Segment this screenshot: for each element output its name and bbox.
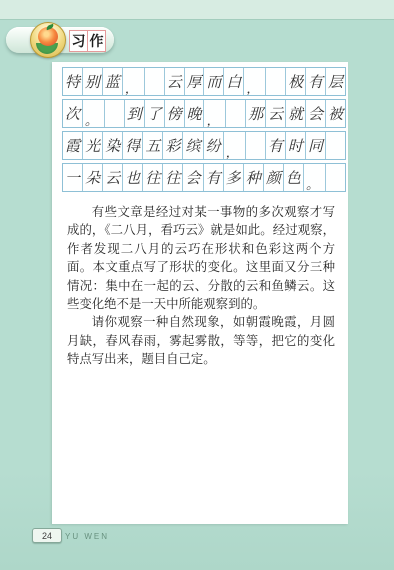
grid-cell: 晚 (185, 100, 205, 127)
grid-cell: 有 (266, 132, 286, 159)
grid-cell: 有 (204, 164, 224, 191)
grid-cell: 时 (286, 132, 306, 159)
grid-cell: 云 (103, 164, 123, 191)
grid-cell: 也 (123, 164, 143, 191)
publisher-logo-icon (30, 22, 66, 58)
grid-cell: 厚 (185, 68, 205, 95)
grid-cell: 种 (244, 164, 264, 191)
essay-paragraph: 请你观察一种自然现象，如朝霞晚霞，月圆月缺，春风春雨，雾起雾散，等等，把它的变化… (67, 313, 335, 368)
grid-cell: 蓝 (103, 68, 123, 95)
grid-cell: 一 (63, 164, 83, 191)
grid-cell: ， (204, 100, 226, 127)
grid-cell: 傍 (165, 100, 185, 127)
section-label-char: 习 (69, 30, 88, 52)
grid-cell: 纷 (204, 132, 224, 159)
grid-cell (145, 68, 165, 95)
grid-cell: 了 (145, 100, 165, 127)
grid-cell: ， (244, 68, 266, 95)
essay-paragraph: 有些文章是经过对某一事物的多次观察才写成的，《二八月，看巧云》就是如此。经过观察… (67, 203, 335, 313)
grid-cell: 多 (224, 164, 244, 191)
grid-cell: 白 (224, 68, 244, 95)
grid-cell: 会 (306, 100, 326, 127)
grid-cell: 朵 (83, 164, 103, 191)
grid-cell: ， (123, 68, 145, 95)
grid-cell: 得 (123, 132, 143, 159)
grid-cell: 会 (183, 164, 203, 191)
grid-cell: 缤 (183, 132, 203, 159)
grid-cell: 次 (63, 100, 83, 127)
grid-cell: 。 (83, 100, 105, 127)
grid-cell (326, 164, 345, 191)
grid-cell: 霞 (63, 132, 83, 159)
grid-cell (266, 68, 286, 95)
section-label-char: 作 (87, 30, 106, 52)
grid-cell: 云 (266, 100, 286, 127)
grid-cell: 别 (83, 68, 103, 95)
grid-cell: 云 (165, 68, 185, 95)
grid-cell: ， (224, 132, 246, 159)
subject-label: YU WEN (65, 532, 109, 541)
grid-row: 次。到了傍晚，那云就会被 (62, 99, 346, 128)
grid-cell: 那 (246, 100, 266, 127)
grid-cell: 有 (306, 68, 326, 95)
grid-cell (226, 100, 246, 127)
grid-row: 一朵云也往往会有多种颜色。 (62, 163, 346, 192)
grid-cell: 五 (143, 132, 163, 159)
grid-cell: 彩 (163, 132, 183, 159)
grid-cell: 往 (163, 164, 183, 191)
essay-text: 有些文章是经过对某一事物的多次观察才写成的，《二八月，看巧云》就是如此。经过观察… (67, 203, 335, 369)
textbook-page: 习 作 特别蓝，云厚而白，极有层次。到了傍晚，那云就会被霞光染得五彩缤纷，有时同… (0, 0, 394, 570)
grid-cell (105, 100, 125, 127)
grid-cell: 颜 (264, 164, 284, 191)
grid-cell: 极 (286, 68, 306, 95)
grid-cell: 往 (143, 164, 163, 191)
grid-cell: 而 (204, 68, 224, 95)
grid-cell: 特 (63, 68, 83, 95)
section-label: 习 作 (70, 30, 106, 52)
grid-cell: 染 (103, 132, 123, 159)
grid-cell: 色 (284, 164, 304, 191)
grid-cell: 光 (83, 132, 103, 159)
grid-row: 霞光染得五彩缤纷，有时同 (62, 131, 346, 160)
page-top-edge (0, 0, 394, 20)
writing-grid: 特别蓝，云厚而白，极有层次。到了傍晚，那云就会被霞光染得五彩缤纷，有时同一朵云也… (62, 67, 346, 195)
grid-cell: 就 (286, 100, 306, 127)
grid-row: 特别蓝，云厚而白，极有层 (62, 67, 346, 96)
grid-cell: 被 (326, 100, 345, 127)
grid-cell (246, 132, 266, 159)
page-number-badge: 24 (32, 528, 62, 543)
grid-cell: 层 (326, 68, 345, 95)
grid-cell: 同 (306, 132, 326, 159)
grid-cell (326, 132, 345, 159)
grid-cell: 到 (125, 100, 145, 127)
page-content-card: 特别蓝，云厚而白，极有层次。到了傍晚，那云就会被霞光染得五彩缤纷，有时同一朵云也… (52, 62, 348, 524)
grid-cell: 。 (304, 164, 326, 191)
